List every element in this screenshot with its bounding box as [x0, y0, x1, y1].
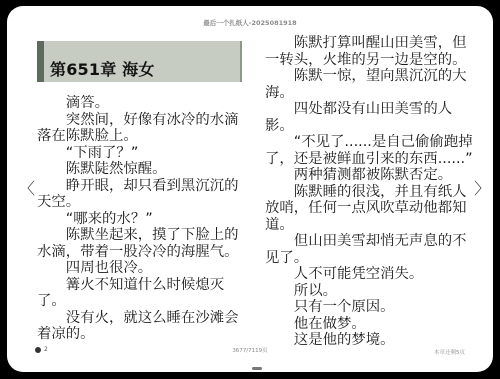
text-column-left: 滴答。 突然间，好像有冰冷的水滴落在陈默脸上。 “下雨了？” 陈默陡然惊醒。 睁… [37, 95, 249, 343]
paragraph: 陈默打算叫醒山田美雪，但一转头，火堆的另一边是空的。 [265, 35, 477, 68]
paragraph: 两种猜测都被陈默否定。 [265, 167, 477, 184]
paragraph: 四处都没有山田美雪的人影。 [265, 101, 477, 134]
next-page-chevron-icon[interactable]: 〉 [474, 176, 490, 199]
home-indicator[interactable] [252, 367, 262, 370]
paragraph: 陈默坐起来，摸了下脸上的水滴，带着一股冷冷的海腥气。 [37, 227, 249, 260]
paragraph: “哪来的水？” [37, 211, 249, 228]
paragraph: 滴答。 [37, 95, 249, 112]
paragraph: 人不可能凭空消失。 [265, 266, 477, 283]
paragraph: “不见了......是自己偷偷跑掉了，还是被鲜血引来的东西......” [265, 134, 477, 167]
paragraph: “下雨了？” [37, 145, 249, 162]
paragraph: 他在做梦。 [265, 316, 477, 333]
paragraph: 只有一个原因。 [265, 299, 477, 316]
paragraph: 突然间，好像有冰冷的水滴落在陈默脸上。 [37, 112, 249, 145]
paragraph: 所以。 [265, 283, 477, 300]
book-title: 最后一个扎纸人-2025081918 [7, 18, 493, 27]
chapter-title: 第651章 海女 [50, 57, 155, 80]
text-column-right: 陈默打算叫醒山田美雪，但一转头，火堆的另一边是空的。 陈默一惊，望向黑沉沉的大海… [265, 35, 477, 349]
reader-screen: 最后一个扎纸人-2025081918 第651章 海女 滴答。 突然间，好像有冰… [7, 6, 493, 372]
paragraph: 篝火不知道什么时候熄灭了。 [37, 277, 249, 310]
paragraph: 陈默陡然惊醒。 [37, 161, 249, 178]
paragraph: 陈默一惊，望向黑沉沉的大海。 [265, 68, 477, 101]
paragraph: 但山田美雪却悄无声息的不见了。 [265, 233, 477, 266]
paragraph: 四周也很冷。 [37, 260, 249, 277]
chapter-header: 第651章 海女 [37, 41, 242, 82]
paragraph: 没有火，就这么睡在沙滩会着凉的。 [37, 310, 249, 343]
paragraph: 陈默睡的很浅，并且有纸人放哨，任何一点风吹草动他都知道。 [265, 184, 477, 234]
paragraph: 睁开眼，却只看到黑沉沉的天空。 [37, 178, 249, 211]
chapter-remaining: 本章还剩5页 [434, 348, 465, 356]
prev-page-chevron-icon[interactable]: 〈 [19, 176, 35, 199]
page-indicator: 3677/7119页 [7, 346, 493, 354]
